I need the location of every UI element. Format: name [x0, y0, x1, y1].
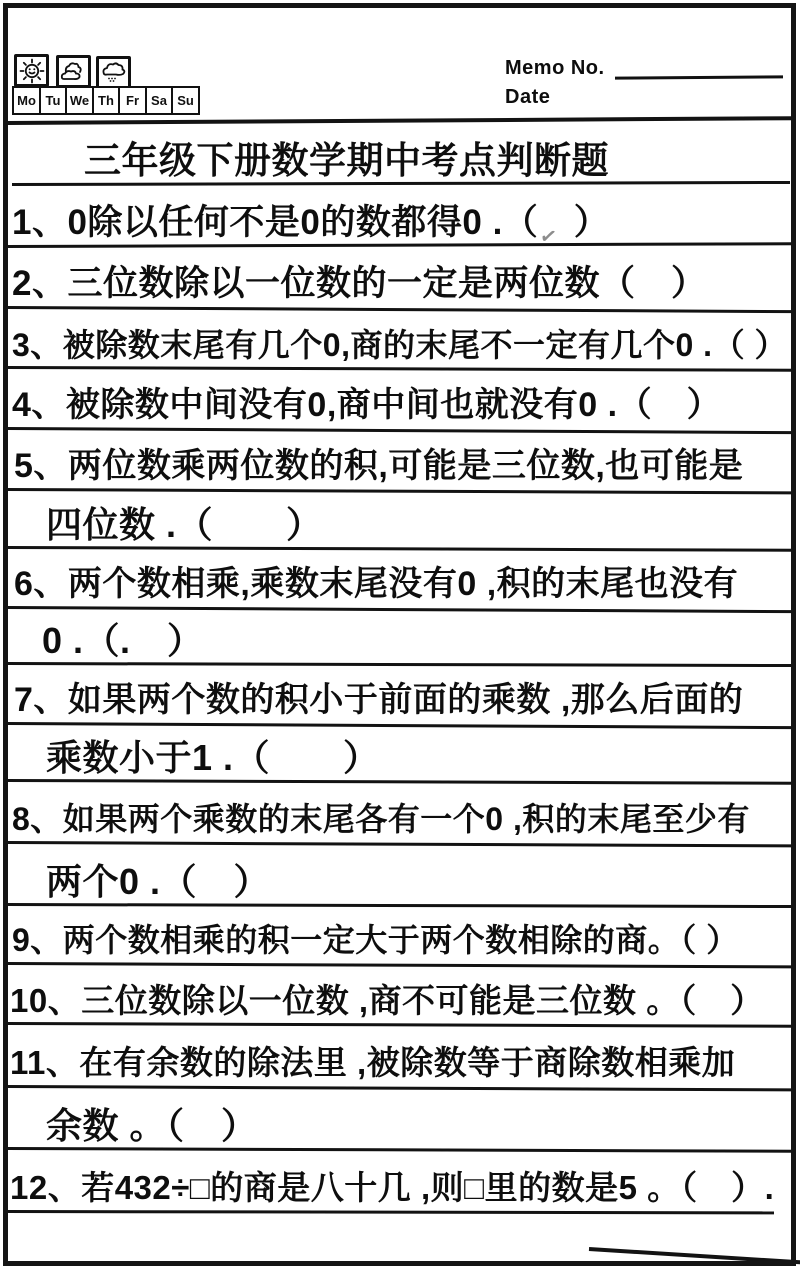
question-7-line-2: 乘数小于1 .（ ） — [46, 737, 380, 778]
ruled-line — [8, 1022, 794, 1028]
weekday-cell-tu: Tu — [39, 86, 68, 115]
ruled-line — [8, 662, 794, 667]
question-6-line-1: 6、两个数相乘,乘数末尾没有0 ,积的末尾也没有 — [14, 565, 738, 604]
ruled-line — [8, 779, 794, 785]
ruled-line — [8, 366, 794, 372]
ruled-line — [8, 116, 794, 125]
question-6-line-2: 0 .（. ） — [42, 620, 204, 661]
weekday-cell-fr: Fr — [118, 86, 147, 115]
ruled-line — [8, 903, 794, 908]
clouds-icon — [60, 60, 87, 84]
ruled-line-partial — [589, 1247, 800, 1264]
memo-no-line — [615, 75, 783, 79]
ruled-line — [8, 1210, 774, 1214]
question-4-line-1: 4、被除数中间没有0,商中间也就没有0 .（ ） — [12, 386, 721, 425]
weekday-cell-mo: Mo — [12, 86, 41, 115]
weather-box-sun — [14, 54, 49, 87]
ruled-line — [8, 841, 794, 847]
weekday-cell-th: Th — [92, 86, 121, 115]
worksheet-title: 三年级下册数学期中考点判断题 — [84, 140, 609, 183]
question-8-line-2: 两个0 .（ ） — [46, 861, 270, 902]
ruled-line — [8, 488, 794, 494]
question-11-line-1: 11、在有余数的除法里 ,被除数等于商除数相乘加 — [10, 1044, 735, 1082]
weekday-row: Mo Tu We Th Fr Sa Su — [12, 86, 200, 115]
ruled-line — [8, 722, 794, 729]
ruled-line — [8, 306, 794, 313]
memo-no-label: Memo No. — [505, 57, 605, 80]
question-1-line-1: 1、0除以任何不是0的数都得0 .（ ） — [12, 203, 609, 243]
question-3-line-1: 3、被除数末尾有几个0,商的末尾不一定有几个0 .（ ） — [12, 327, 787, 364]
question-11-line-2: 余数 。（ ） — [46, 1105, 258, 1146]
ruled-line — [8, 962, 794, 968]
weekday-cell-we: We — [65, 86, 94, 115]
weather-box-rain — [96, 56, 131, 89]
worksheet-page: Mo Tu We Th Fr Sa Su Memo No. Date 三年级下册… — [0, 0, 800, 1269]
ruled-line — [8, 1085, 794, 1091]
question-8-line-1: 8、如果两个乘数的末尾各有一个0 ,积的末尾至少有 — [12, 801, 750, 838]
question-12-line-1: 12、若432÷□的商是八十几 ,则□里的数是5 。（ ）. — [10, 1169, 774, 1207]
question-5-line-1: 5、两位数乘两位数的积,可能是三位数,也可能是 — [14, 447, 743, 486]
answer-check-mark: ✓ — [538, 223, 559, 251]
sun-icon — [19, 58, 45, 84]
weather-box-cloudy — [56, 55, 91, 88]
ruled-line — [8, 427, 794, 434]
question-9-line-1: 9、两个数相乘的积一定大于两个数相除的商。（ ） — [12, 922, 739, 959]
weekday-cell-su: Su — [171, 86, 200, 115]
question-10-line-1: 10、三位数除以一位数 ,商不可能是三位数 。（ ） — [10, 982, 764, 1020]
date-label: Date — [505, 86, 550, 109]
question-7-line-1: 7、如果两个数的积小于前面的乘数 ,那么后面的 — [14, 681, 743, 720]
ruled-line — [8, 606, 794, 613]
question-2-line-1: 2、三位数除以一位数的一定是两位数（ ） — [12, 264, 706, 304]
question-5-line-2: 四位数 .（ ） — [46, 504, 323, 545]
ruled-line — [8, 546, 794, 552]
rain-cloud-icon — [100, 60, 127, 85]
ruled-line — [8, 1147, 794, 1153]
weekday-cell-sa: Sa — [145, 86, 174, 115]
